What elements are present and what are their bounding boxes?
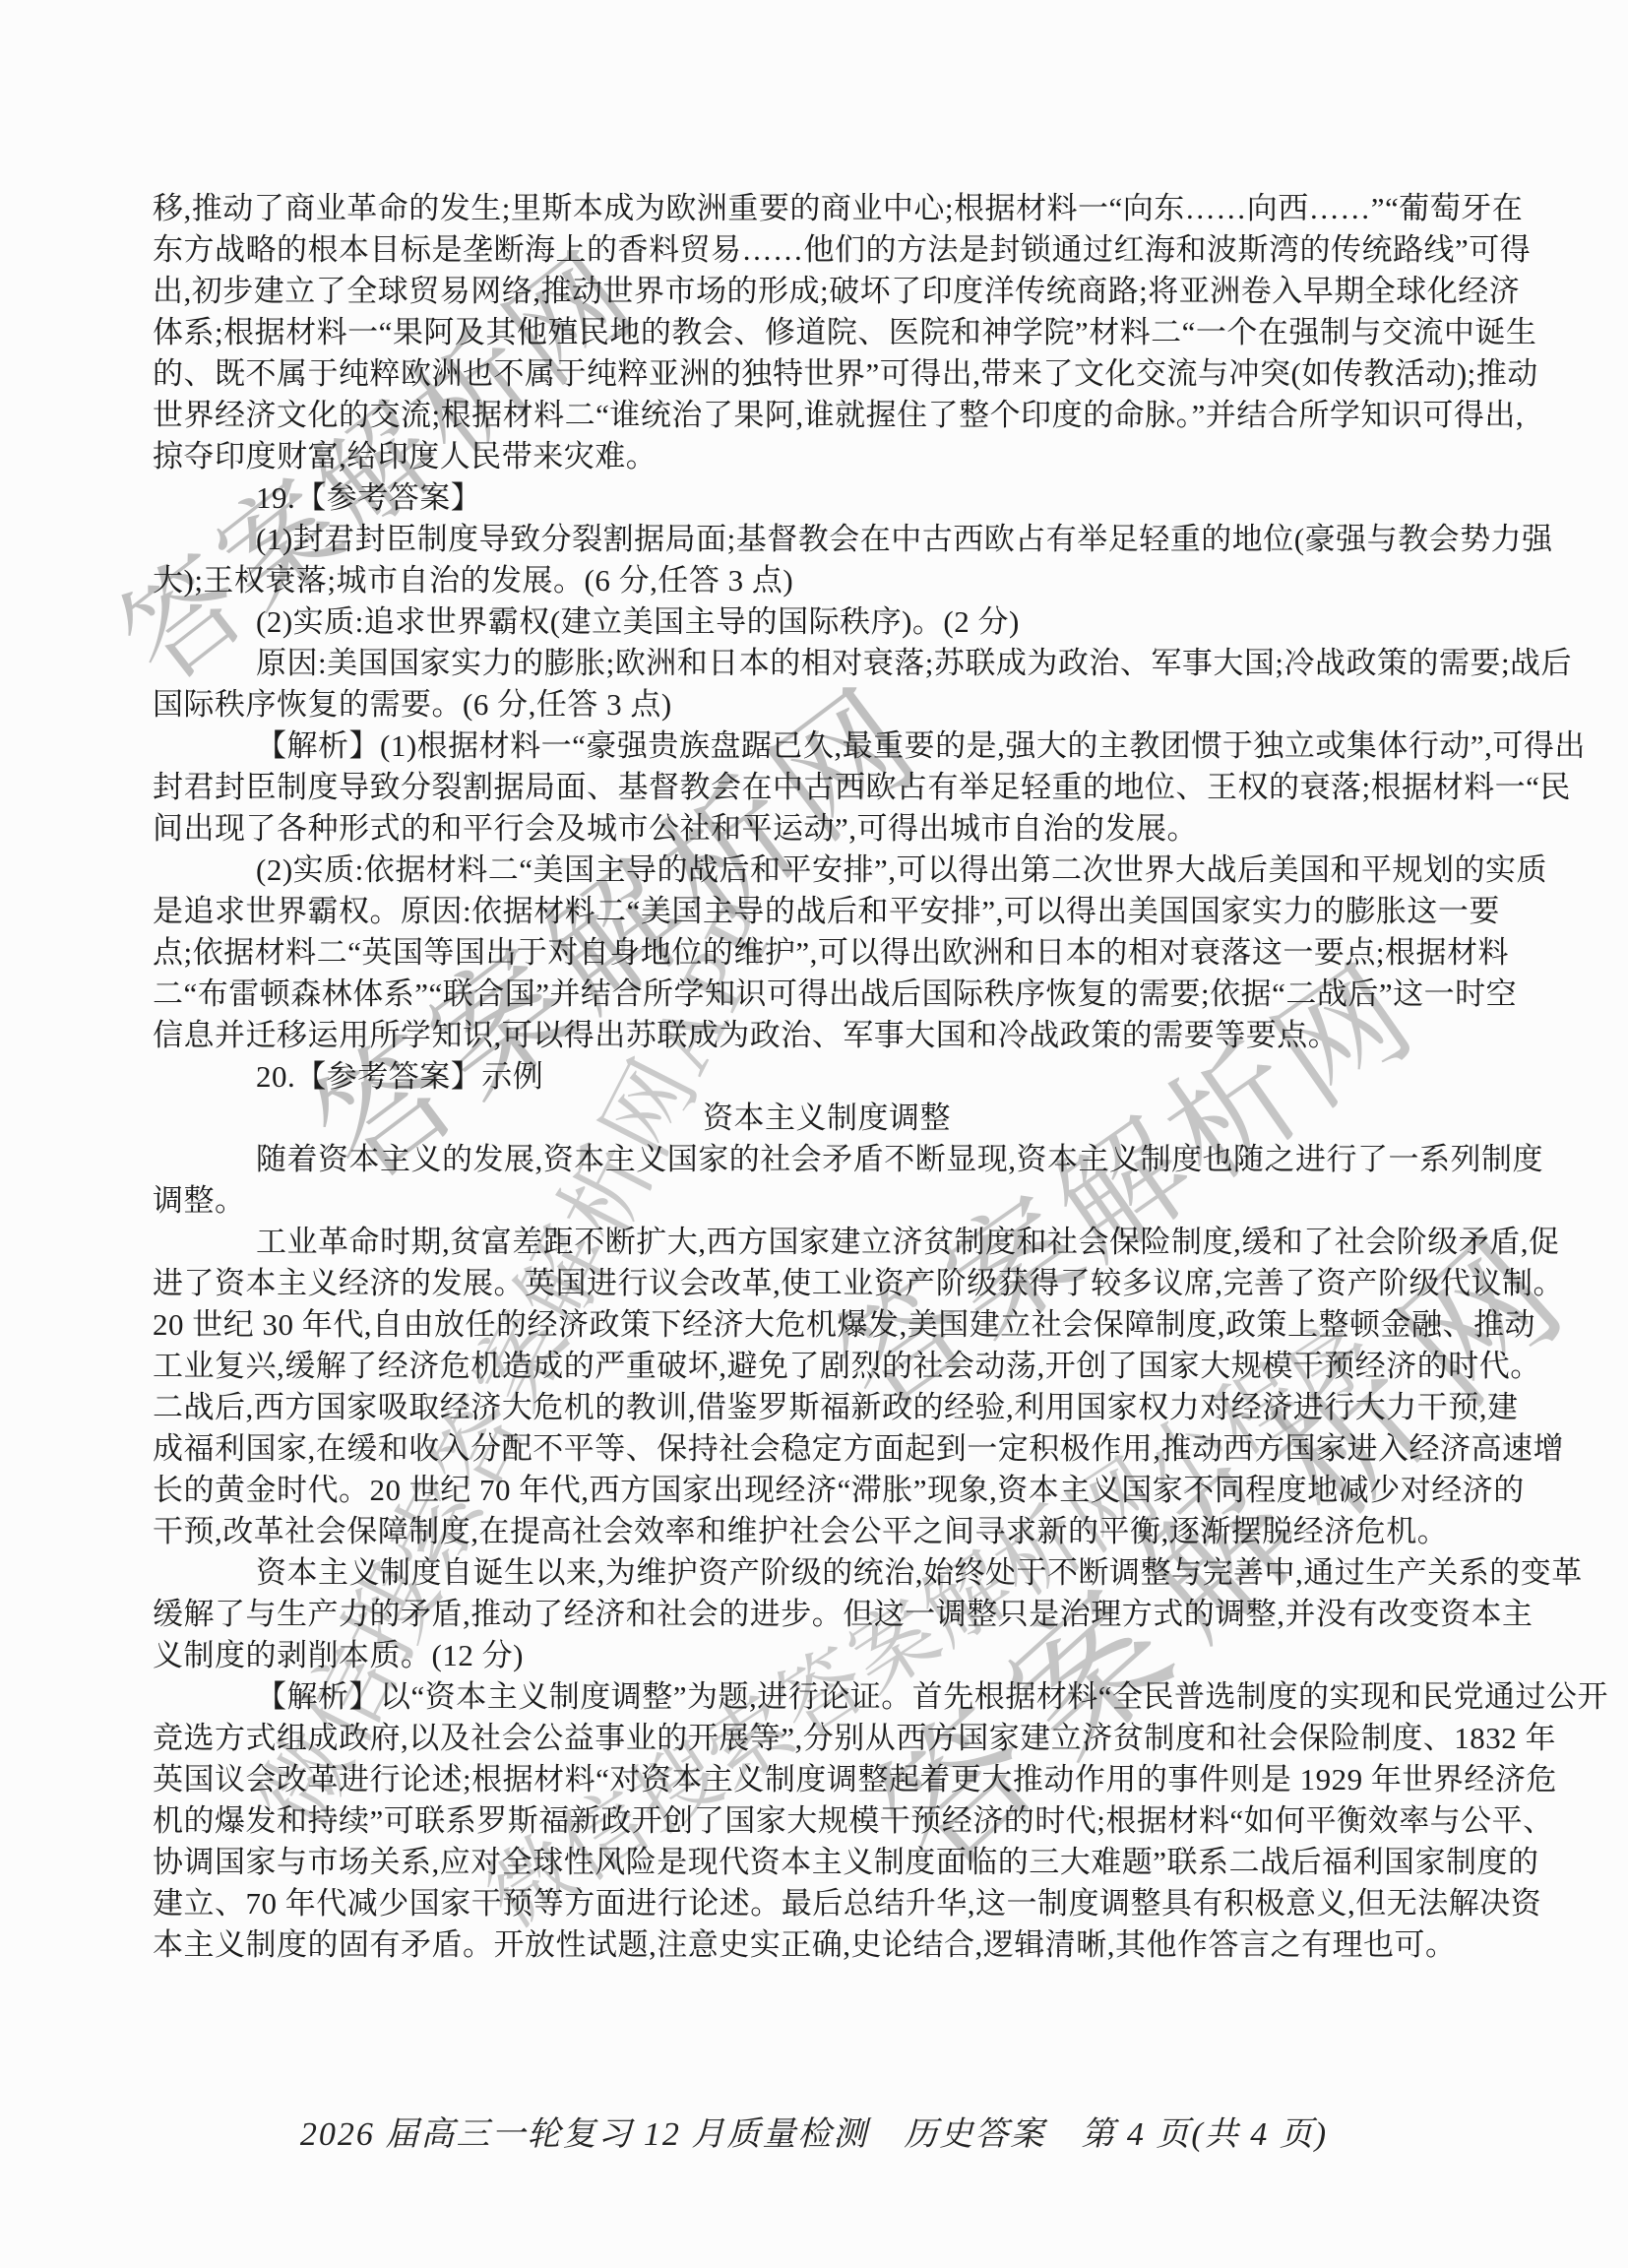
text-line: 国际秩序恢复的需要。(6 分,任答 3 点) [153,684,1501,725]
text-line: 体系;根据材料一“果阿及其他殖民地的教会、修道院、医院和神学院”材料二“一个在强… [153,312,1501,353]
text-line: 信息并迁移运用所学知识,可以得出苏联成为政治、军事大国和冷战政策的需要等要点。 [153,1015,1501,1056]
text-line: 大);王权衰落;城市自治的发展。(6 分,任答 3 点) [153,560,1501,601]
text-line: 工业复兴,缓解了经济危机造成的严重破坏,避免了剧烈的社会动荡,开创了国家大规模干… [153,1346,1501,1387]
text-line: 成福利国家,在缓和收入分配不平等、保持社会稳定方面起到一定积极作用,推动西方国家… [153,1428,1501,1470]
text-line: 缓解了与生产力的矛盾,推动了经济和社会的进步。但这一调整只是治理方式的调整,并没… [153,1594,1501,1635]
text-line: (2)实质:依据材料二“美国主导的战后和平安排”,可以得出第二次世界大战后美国和… [153,850,1501,891]
text-line: 间出现了各种形式的和平行会及城市公社和平运动”,可得出城市自治的发展。 [153,808,1501,850]
text-line: 竞选方式组成政府,以及社会公益事业的开展等”,分别从西方国家建立济贫制度和社会保… [153,1718,1501,1759]
text-line: 出,初步建立了全球贸易网络,推动世界市场的形成;破坏了印度洋传统商路;将亚洲卷入… [153,271,1501,312]
text-line: 20.【参考答案】示例 [153,1056,1501,1098]
text-line: 协调国家与市场关系,应对全球性风险是现代资本主义制度面临的三大难题”联系二战后福… [153,1842,1501,1883]
text-line: (2)实质:追求世界霸权(建立美国主导的国际秩序)。(2 分) [153,601,1501,643]
text-line: 随着资本主义的发展,资本主义国家的社会矛盾不断显现,资本主义制度也随之进行了一系… [153,1139,1501,1180]
text-line: 的、既不属于纯粹欧洲也不属于纯粹亚洲的独特世界”可得出,带来了文化交流与冲突(如… [153,353,1501,395]
text-line: 原因:美国国家实力的膨胀;欧洲和日本的相对衰落;苏联成为政治、军事大国;冷战政策… [153,643,1501,684]
text-line: 工业革命时期,贫富差距不断扩大,西方国家建立济贫制度和社会保险制度,缓和了社会阶… [153,1222,1501,1263]
text-line: (1)封君封臣制度导致分裂割据局面;基督教会在中古西欧占有举足轻重的地位(豪强与… [153,519,1501,560]
text-line: 进了资本主义经济的发展。英国进行议会改革,使工业资产阶级获得了较多议席,完善了资… [153,1263,1501,1304]
text-line: 二“布雷顿森林体系”“联合国”并结合所学知识可得出战后国际秩序恢复的需要;依据“… [153,974,1501,1015]
answer-text-block: 移,推动了商业革命的发生;里斯本成为欧洲重要的商业中心;根据材料一“向东……向西… [153,188,1501,1966]
page-footer: 2026 届高三一轮复习 12 月质量检测 历史答案 第 4 页(共 4 页) [0,2107,1628,2155]
text-line: 调整。 [153,1180,1501,1222]
text-line: 封君封臣制度导致分裂割据局面、基督教会在中古西欧占有举足轻重的地位、王权的衰落;… [153,767,1501,808]
essay-title: 资本主义制度调整 [153,1098,1501,1139]
text-line: 【解析】(1)根据材料一“豪强贵族盘踞已久,最重要的是,强大的主教团惯于独立或集… [153,725,1501,767]
text-line: 点;依据材料二“英国等国出于对自身地位的维护”,可以得出欧洲和日本的相对衰落这一… [153,932,1501,974]
text-line: 本主义制度的固有矛盾。开放性试题,注意史实正确,史论结合,逻辑清晰,其他作答言之… [153,1924,1501,1966]
text-line: 东方战略的根本目标是垄断海上的香料贸易……他们的方法是封锁通过红海和波斯湾的传统… [153,229,1501,271]
text-line: 建立、70 年代减少国家干预等方面进行论述。最后总结升华,这一制度调整具有积极意… [153,1883,1501,1924]
text-line: 19.【参考答案】 [153,477,1501,519]
text-line: 二战后,西方国家吸取经济大危机的教训,借鉴罗斯福新政的经验,利用国家权力对经济进… [153,1387,1501,1428]
text-line: 掠夺印度财富,给印度人民带来灾难。 [153,436,1501,477]
text-line: 20 世纪 30 年代,自由放任的经济政策下经济大危机爆发,美国建立社会保障制度… [153,1304,1501,1346]
text-line: 义制度的剥削本质。(12 分) [153,1635,1501,1676]
document-page: 答案解析网 答案解析网 答案解析网 答案解析网 微信搜索答案解析网APP 微信搜… [0,0,1628,2268]
text-line: 世界经济文化的交流;根据材料二“谁统治了果阿,谁就握住了整个印度的命脉。”并结合… [153,395,1501,436]
text-line: 英国议会改革进行论述;根据材料“对资本主义制度调整起着更大推动作用的事件则是 1… [153,1759,1501,1800]
text-line: 是追求世界霸权。原因:依据材料二“美国主导的战后和平安排”,可以得出美国国家实力… [153,891,1501,932]
text-line: 机的爆发和持续”可联系罗斯福新政开创了国家大规模干预经济的时代;根据材料“如何平… [153,1800,1501,1842]
text-line: 干预,改革社会保障制度,在提高社会效率和维护社会公平之间寻求新的平衡,逐渐摆脱经… [153,1511,1501,1552]
text-line: 移,推动了商业革命的发生;里斯本成为欧洲重要的商业中心;根据材料一“向东……向西… [153,188,1501,229]
text-line: 长的黄金时代。20 世纪 70 年代,西方国家出现经济“滞胀”现象,资本主义国家… [153,1470,1501,1511]
text-line: 【解析】以“资本主义制度调整”为题,进行论证。首先根据材料“全民普选制度的实现和… [153,1676,1501,1718]
text-line: 资本主义制度自诞生以来,为维护资产阶级的统治,始终处于不断调整与完善中,通过生产… [153,1552,1501,1594]
